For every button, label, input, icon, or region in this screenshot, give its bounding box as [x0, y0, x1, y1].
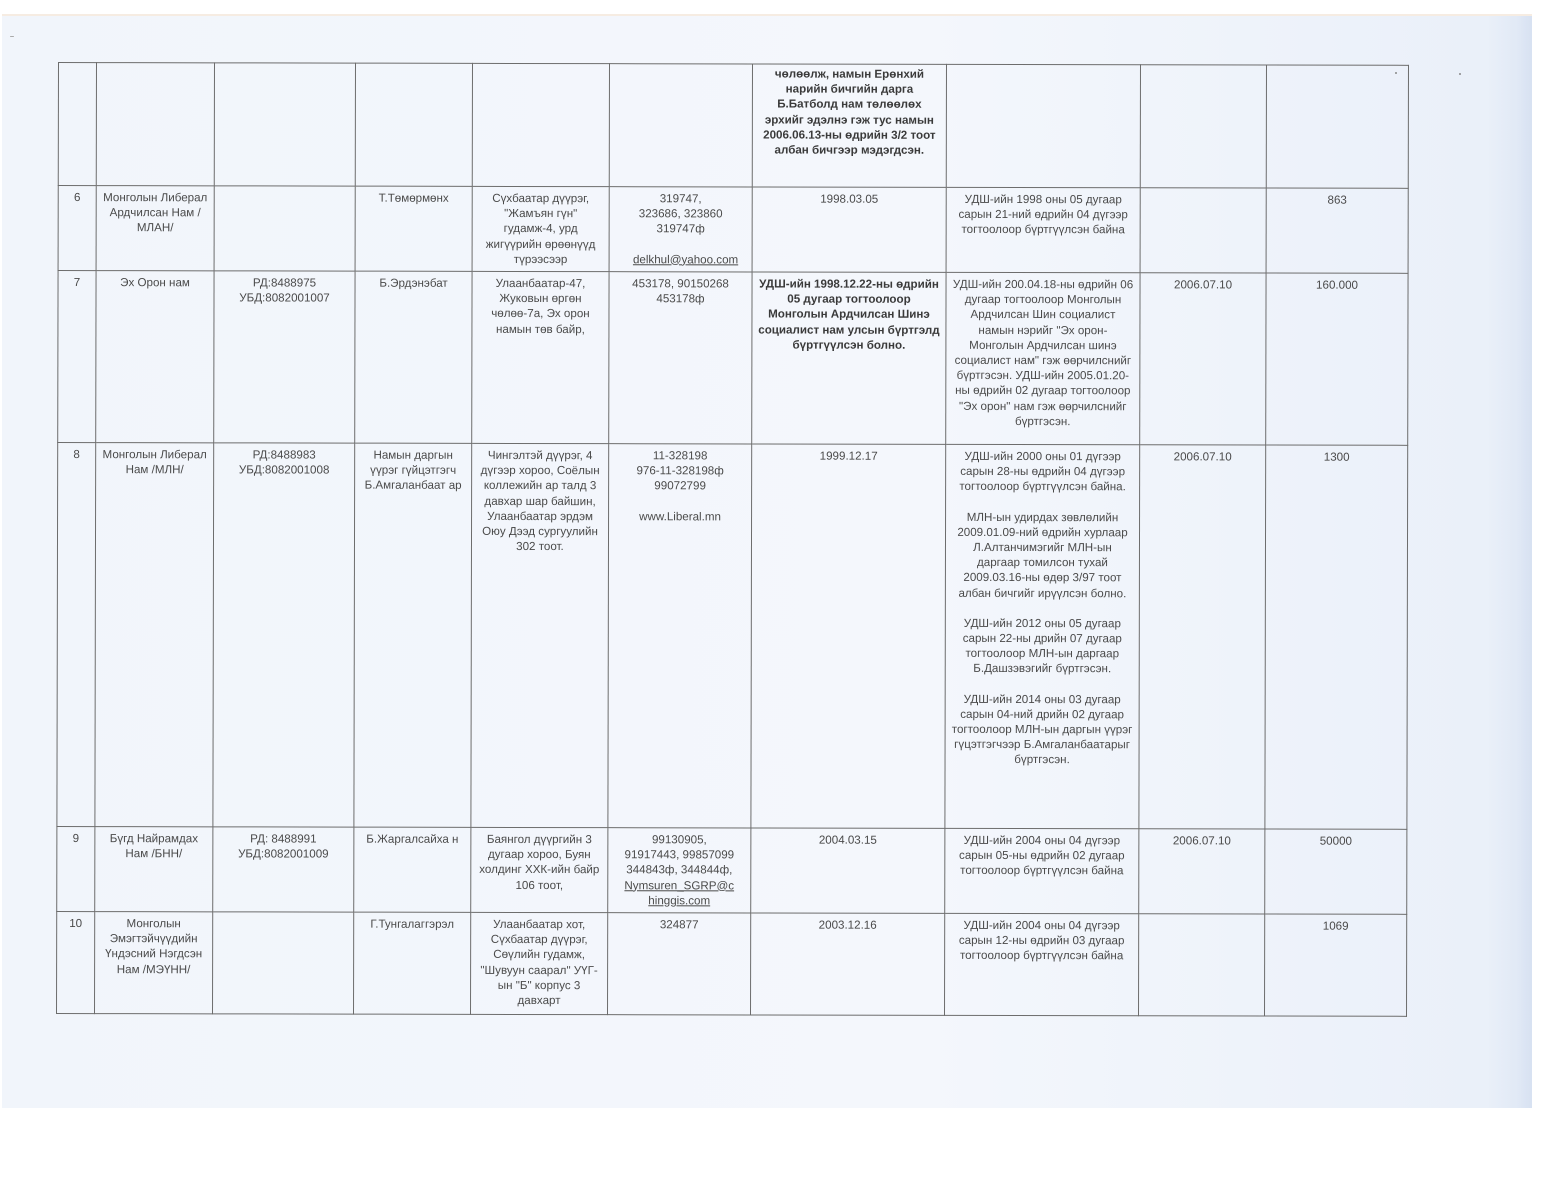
- cell-party-name: Монголын Либерал Ардчилсан Нам /МЛАН/: [96, 186, 214, 271]
- cell-founded: 1998.03.05: [752, 187, 946, 272]
- cell-founded: 1999.12.17: [751, 444, 946, 828]
- cell-founded: УДШ-ийн 1998.12.22-ны өдрийн 05 дугаар т…: [752, 272, 946, 444]
- cell-cert-date: [1139, 914, 1265, 1016]
- contact-phones: 11-328198 976-11-328198ф 99072799: [614, 448, 746, 494]
- cell-court-decision: УДШ-ийн 2004 оны 04 дүгээр сарын 05-ны ө…: [945, 828, 1139, 913]
- cell-party-name: Монголын Эмэгтэйчүүдийн Үндэсний Нэгдсэн…: [95, 912, 213, 1014]
- cell-contacts: [609, 64, 752, 187]
- cell-members: 1069: [1265, 914, 1407, 1016]
- cell-registration-ids: [213, 912, 354, 1014]
- cell-leader: Б.Эрдэнэбат: [355, 271, 472, 443]
- cell-leader: [355, 63, 472, 186]
- cell-party-name: Эх Орон нам: [96, 271, 214, 443]
- table-row: 7 Эх Орон нам РД:8488975 УБД:8082001007 …: [58, 271, 1408, 446]
- cell-registration-ids: РД: 8488991 УБД:8082001009: [213, 827, 354, 912]
- cell-contacts: 319747, 323686, 323860 319747ф delkhul@y…: [609, 187, 752, 272]
- website-link[interactable]: www.Liberal.mn: [614, 509, 746, 524]
- email-link[interactable]: delkhul@yahoo.com: [615, 252, 747, 267]
- cell-party-name: Монголын Либерал Нам /МЛН/: [95, 443, 214, 827]
- cell-cert-date: 2006.07.10: [1139, 829, 1265, 914]
- cell-court-decision: УДШ-ийн 200.04.18-ны өдрийн 06 дугаар то…: [946, 272, 1140, 444]
- contact-phones: 99130905, 91917443, 99857099 344843ф, 34…: [613, 832, 745, 878]
- cell-court-decision: УДШ-ийн 2000 оны 01 дүгээр сарын 28-ны ө…: [945, 444, 1140, 828]
- table-row: 9 Бүгд Найрамдах Нам /БНН/ РД: 8488991 У…: [57, 827, 1407, 915]
- decision-paragraph: МЛН-ын удирдах зөвлөлийн 2009.01.09-ний …: [951, 509, 1134, 601]
- cell-registration-ids: РД:8488983 УБД:8082001008: [213, 443, 355, 827]
- cell-no: [58, 63, 96, 186]
- cell-leader: Г.Тунгалаггэрэл: [354, 912, 471, 1014]
- cell-court-decision: [946, 64, 1140, 187]
- party-registry-table: чөлөөлж, намын Ерөнхий нарийн бичгийн да…: [56, 62, 1409, 1017]
- cell-cert-date: [1140, 188, 1266, 273]
- cell-founded: чөлөөлж, намын Ерөнхий нарийн бичгийн да…: [752, 64, 946, 187]
- cell-no: 10: [57, 912, 95, 1014]
- scan-speck: [1459, 73, 1461, 75]
- cell-cert-date: 2006.07.10: [1139, 445, 1266, 829]
- cell-registration-ids: [214, 63, 355, 186]
- cell-court-decision: УДШ-ийн 1998 оны 05 дугаар сарын 21-ний …: [946, 187, 1140, 272]
- cell-members: [1266, 65, 1408, 188]
- cell-address: Баянгол дүүргийн 3 дугаар хороо, Буян хо…: [471, 827, 608, 912]
- cell-no: 9: [57, 827, 95, 912]
- cell-no: 8: [57, 443, 96, 827]
- table-row: 8 Монголын Либерал Нам /МЛН/ РД:8488983 …: [57, 443, 1408, 830]
- cell-party-name: Бүгд Найрамдах Нам /БНН/: [95, 827, 213, 912]
- cell-registration-ids: РД:8488975 УБД:8082001007: [214, 271, 355, 443]
- cell-founded: 2004.03.15: [751, 828, 945, 913]
- cell-party-name: [96, 63, 214, 186]
- cell-address: Чингэлтэй дүүрэг, 4 дүгээр хороо, Соёлын…: [471, 443, 609, 827]
- cell-address: [472, 63, 609, 186]
- cell-address: Улаанбаатар хот, Сүхбаатар дүүрэг, Сөүли…: [471, 912, 608, 1014]
- cell-leader: Намын даргын үүрэг гүйцэтгэгч Б.Амгаланб…: [354, 443, 472, 827]
- cell-no: 7: [58, 271, 96, 443]
- cell-contacts: 99130905, 91917443, 99857099 344843ф, 34…: [608, 828, 751, 913]
- cell-registration-ids: [214, 186, 355, 271]
- table-row: 10 Монголын Эмэгтэйчүүдийн Үндэсний Нэгд…: [57, 912, 1407, 1017]
- cell-leader: Б.Жаргалсайха н: [354, 827, 471, 912]
- contact-phones: 319747, 323686, 323860 319747ф: [615, 191, 747, 237]
- cell-contacts: 11-328198 976-11-328198ф 99072799 www.Li…: [608, 444, 752, 828]
- scan-speck: [10, 36, 14, 37]
- cell-founded: 2003.12.16: [751, 913, 945, 1015]
- cell-contacts: 324877: [608, 913, 751, 1015]
- cell-members: 50000: [1265, 829, 1407, 914]
- cell-members: 863: [1266, 188, 1408, 273]
- cell-no: 6: [58, 186, 96, 271]
- decision-paragraph: УДШ-ийн 2000 оны 01 дүгээр сарын 28-ны ө…: [951, 449, 1134, 495]
- cell-cert-date: 2006.07.10: [1140, 273, 1266, 445]
- table-row-continuation: чөлөөлж, намын Ерөнхий нарийн бичгийн да…: [58, 63, 1408, 189]
- cell-members: 1300: [1265, 445, 1408, 829]
- cell-members: 160.000: [1266, 273, 1408, 445]
- cell-address: Улаанбаатар-47, Жуковын өргөн чөлөө-7а, …: [472, 271, 609, 443]
- cell-court-decision: УДШ-ийн 2004 оны 04 дүгээр сарын 12-ны ө…: [945, 913, 1139, 1015]
- decision-paragraph: УДШ-ийн 2014 оны 03 дугаар сарын 04-ний …: [951, 692, 1134, 768]
- cell-contacts: 453178, 90150268 453178ф: [609, 272, 752, 444]
- email-link[interactable]: Nymsuren_SGRP@c hinggis.com: [613, 878, 745, 909]
- table-row: 6 Монголын Либерал Ардчилсан Нам /МЛАН/ …: [58, 186, 1408, 274]
- cell-leader: Т.Төмөрмөнх: [355, 186, 472, 271]
- cell-cert-date: [1140, 65, 1266, 188]
- decision-paragraph: УДШ-ийн 2012 оны 05 дугаар сарын 22-ны д…: [951, 616, 1134, 677]
- cell-address: Сүхбаатар дүүрэг, "Жамъян гүн" гудамж-4,…: [472, 186, 609, 271]
